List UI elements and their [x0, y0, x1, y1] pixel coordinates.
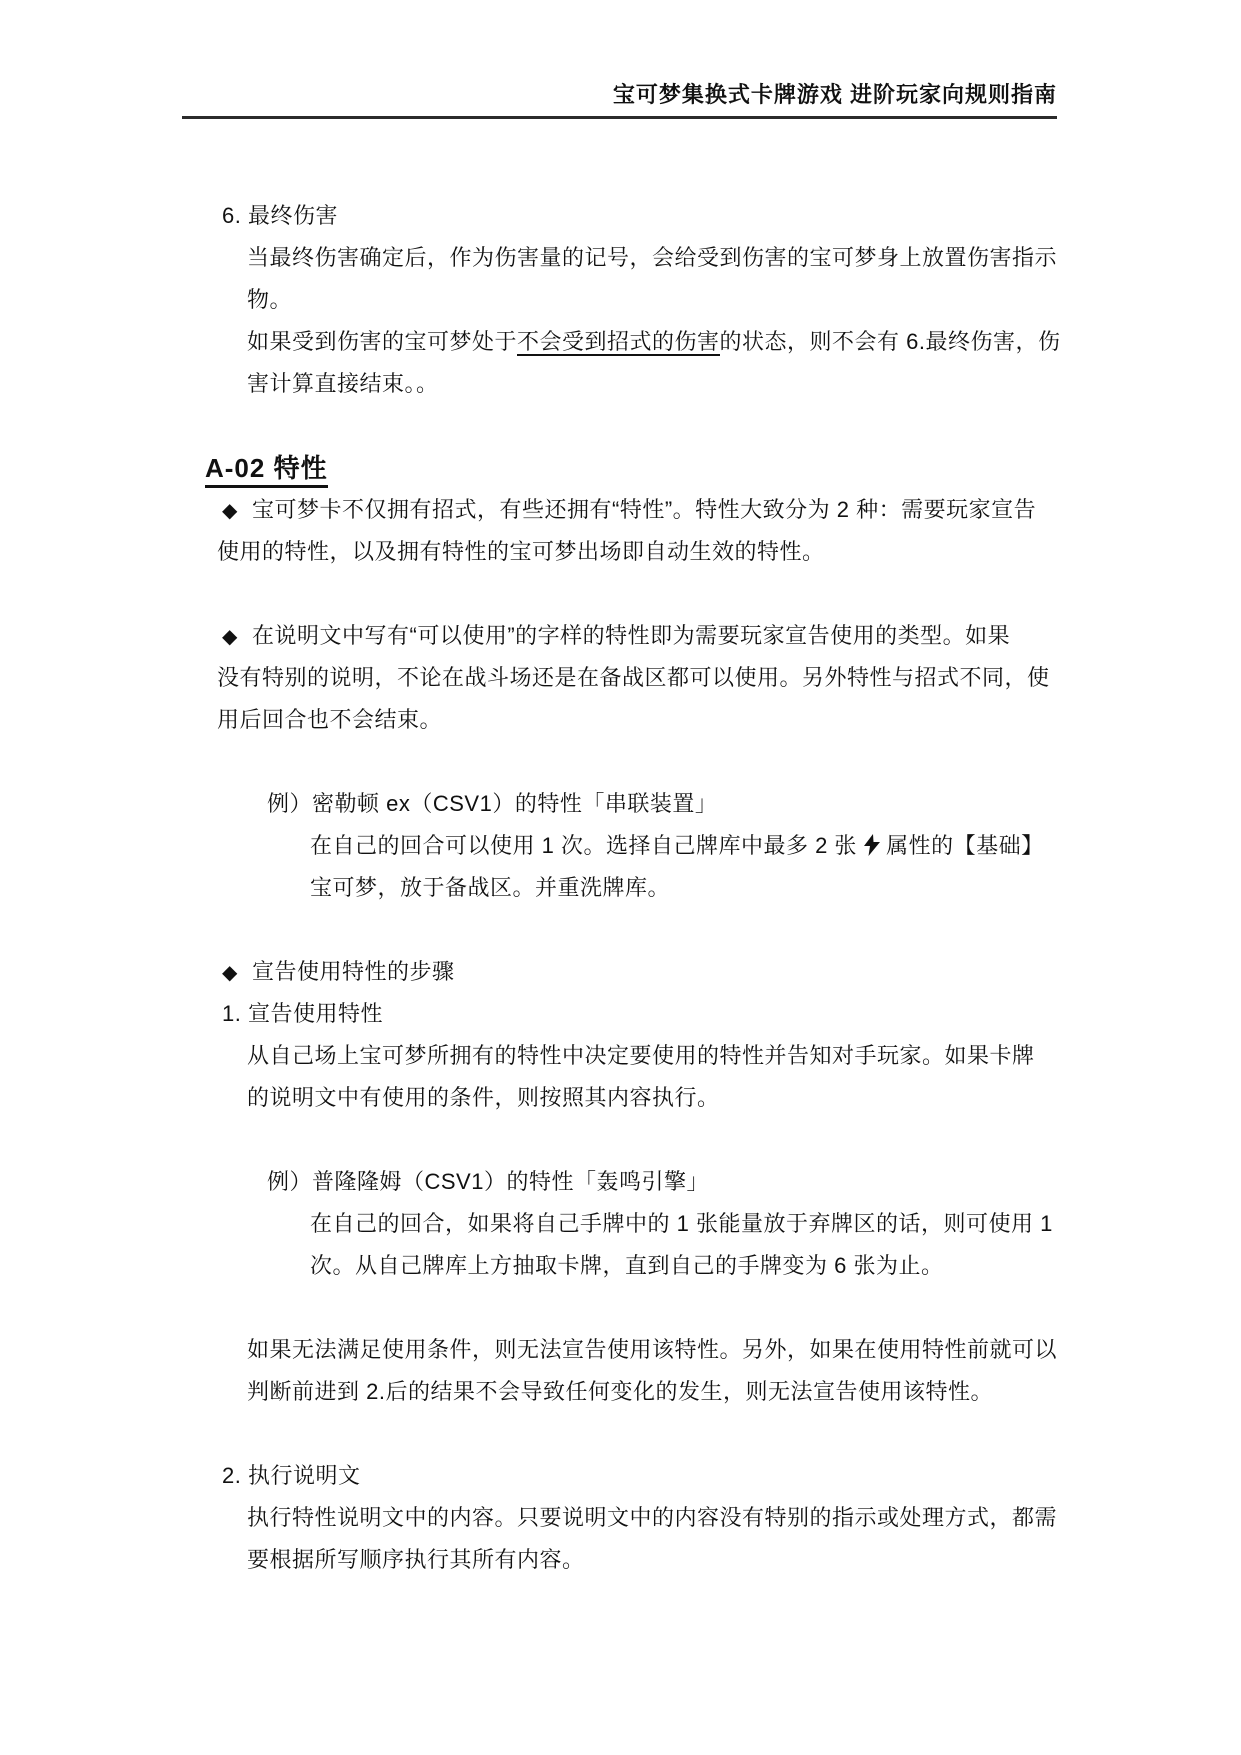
spacer: [0, 1413, 1241, 1455]
section-heading-line: A-02 特性: [0, 447, 1241, 489]
spacer: [0, 1119, 1241, 1161]
body-text: 的状态，则不会有 6.最终伤害，伤: [720, 329, 1061, 354]
body-line: 的说明文中有使用的条件，则按照其内容执行。: [0, 1077, 1241, 1119]
list-number: 1.: [222, 993, 248, 1035]
spacer: [0, 405, 1241, 447]
example-body-line: 在自己的回合可以使用 1 次。选择自己牌库中最多 2 张 属性的【基础】: [0, 825, 1241, 867]
body-line: 要根据所写顺序执行其所有内容。: [0, 1539, 1241, 1581]
spacer: [0, 909, 1241, 951]
diamond-bullet-icon: ◆: [222, 952, 252, 994]
body-line: 如果受到伤害的宝可梦处于不会受到招式的伤害的状态，则不会有 6.最终伤害，伤: [0, 321, 1241, 363]
bullet-line: ◆宝可梦卡不仅拥有招式，有些还拥有“特性”。特性大致分为 2 种：需要玩家宣告: [0, 489, 1241, 531]
item-title: 执行说明文: [248, 1463, 361, 1488]
body-line: 判断前进到 2.后的结果不会导致任何变化的发生，则无法宣告使用该特性。: [0, 1371, 1241, 1413]
body-line: 如果无法满足使用条件，则无法宣告使用该特性。另外，如果在使用特性前就可以: [0, 1329, 1241, 1371]
step-title-line: 2.执行说明文: [0, 1455, 1241, 1497]
body-line: 物。: [0, 279, 1241, 321]
example-title-line: 例）密勒顿 ex（CSV1）的特性「串联装置」: [0, 783, 1241, 825]
final-damage-item-title-line: 6.最终伤害: [0, 195, 1241, 237]
body-line: 用后回合也不会结束。: [0, 699, 1241, 741]
underlined-phrase: 不会受到招式的伤害: [517, 329, 720, 356]
page-header-title: 宝可梦集换式卡牌游戏 进阶玩家向规则指南: [613, 78, 1057, 109]
spacer: [0, 741, 1241, 783]
list-number: 6.: [222, 195, 248, 237]
body-line: 当最终伤害确定后，作为伤害量的记号，会给受到伤害的宝可梦身上放置伤害指示: [0, 237, 1241, 279]
body-line: 从自己场上宝可梦所拥有的特性中决定要使用的特性并告知对手玩家。如果卡牌: [0, 1035, 1241, 1077]
spacer: [0, 1287, 1241, 1329]
document-body: 6.最终伤害 当最终伤害确定后，作为伤害量的记号，会给受到伤害的宝可梦身上放置伤…: [0, 195, 1241, 1581]
item-title: 最终伤害: [248, 203, 338, 228]
example-title-line: 例）普隆隆姆（CSV1）的特性「轰鸣引擎」: [0, 1161, 1241, 1203]
header-rule: [182, 116, 1057, 119]
body-text: 宣告使用特性的步骤: [252, 959, 455, 984]
body-text: 宝可梦卡不仅拥有招式，有些还拥有“特性”。特性大致分为 2 种：需要玩家宣告: [252, 497, 1036, 522]
body-text: 在说明文中写有“可以使用”的字样的特性即为需要玩家宣告使用的类型。如果: [252, 623, 1010, 648]
example-body-line: 宝可梦，放于备战区。并重洗牌库。: [0, 867, 1241, 909]
body-line: 使用的特性，以及拥有特性的宝可梦出场即自动生效的特性。: [0, 531, 1241, 573]
example-body-line: 在自己的回合，如果将自己手牌中的 1 张能量放于弃牌区的话，则可使用 1: [0, 1203, 1241, 1245]
body-line: 没有特别的说明，不论在战斗场还是在备战区都可以使用。另外特性与招式不同，使: [0, 657, 1241, 699]
diamond-bullet-icon: ◆: [222, 490, 252, 532]
document-page: 宝可梦集换式卡牌游戏 进阶玩家向规则指南 6.最终伤害 当最终伤害确定后，作为伤…: [0, 0, 1241, 1755]
list-number: 2.: [222, 1455, 248, 1497]
spacer: [0, 573, 1241, 615]
body-line: 害计算直接结束。。: [0, 363, 1241, 405]
body-text: 在自己的回合可以使用 1 次。选择自己牌库中最多 2 张: [310, 833, 864, 858]
bullet-line: ◆在说明文中写有“可以使用”的字样的特性即为需要玩家宣告使用的类型。如果: [0, 615, 1241, 657]
bullet-line: ◆宣告使用特性的步骤: [0, 951, 1241, 993]
section-heading: A-02 特性: [205, 453, 328, 488]
diamond-bullet-icon: ◆: [222, 616, 252, 658]
body-text: 属性的【基础】: [880, 833, 1044, 858]
lightning-icon: [864, 833, 880, 858]
example-body-line: 次。从自己牌库上方抽取卡牌，直到自己的手牌变为 6 张为止。: [0, 1245, 1241, 1287]
step-title-line: 1.宣告使用特性: [0, 993, 1241, 1035]
item-title: 宣告使用特性: [248, 1001, 383, 1026]
body-line: 执行特性说明文中的内容。只要说明文中的内容没有特别的指示或处理方式，都需: [0, 1497, 1241, 1539]
body-text: 如果受到伤害的宝可梦处于: [247, 329, 517, 354]
